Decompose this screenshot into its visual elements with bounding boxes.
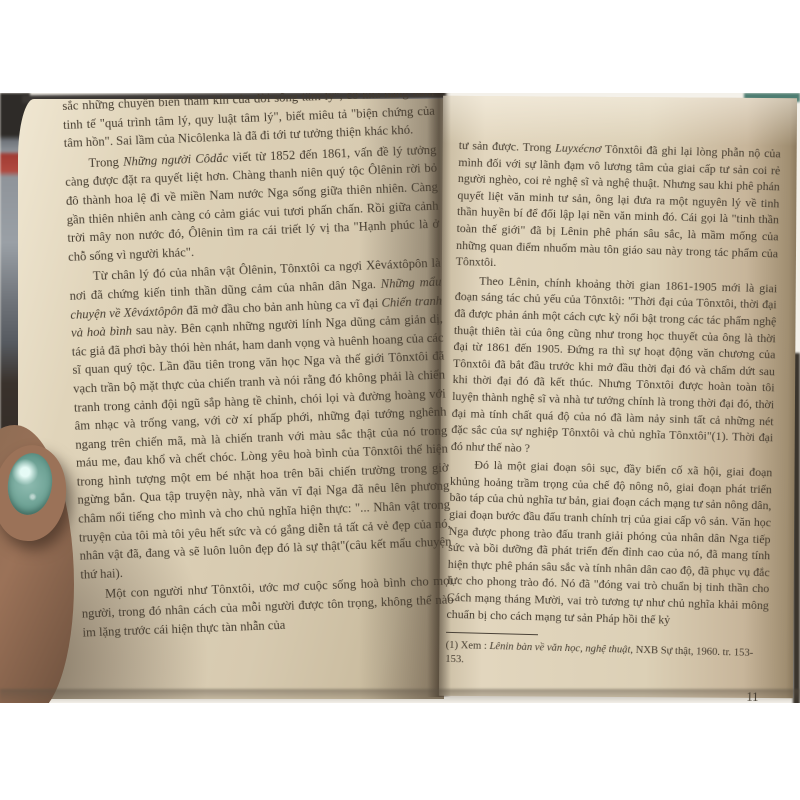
paragraph: Đó là một giai đoạn sôi sục, đầy biến cố…: [446, 456, 772, 630]
left-page-text: sắc những chuyển biến thầm kín của đời s…: [62, 93, 455, 644]
paragraph: Trong Những người Côdắc viết từ 1852 đến…: [64, 140, 440, 266]
paragraph: Từ chân lý đó của nhân vật Ôlênin, Tônxt…: [69, 254, 453, 584]
paragraph: tư sản được. Trong Luyxécnơ Tônxtôi đã g…: [456, 137, 781, 278]
footnote: (1) Xem : Lênin bàn về văn học, nghệ thu…: [445, 639, 768, 675]
photo-bottom-edge: [0, 689, 800, 703]
footnote-rule: [446, 632, 538, 635]
photo: sắc những chuyển biến thầm kín của đời s…: [0, 93, 800, 703]
paragraph: Theo Lênin, chính khoảng thời gian 1861-…: [451, 272, 778, 463]
book-photo-canvas: sắc những chuyển biến thầm kín của đời s…: [0, 0, 800, 800]
right-page-text: tư sản được. Trong Luyxécnơ Tônxtôi đã g…: [444, 137, 781, 703]
paragraph: Một con người như Tônxtôi, ước mơ cuộc s…: [81, 572, 455, 642]
